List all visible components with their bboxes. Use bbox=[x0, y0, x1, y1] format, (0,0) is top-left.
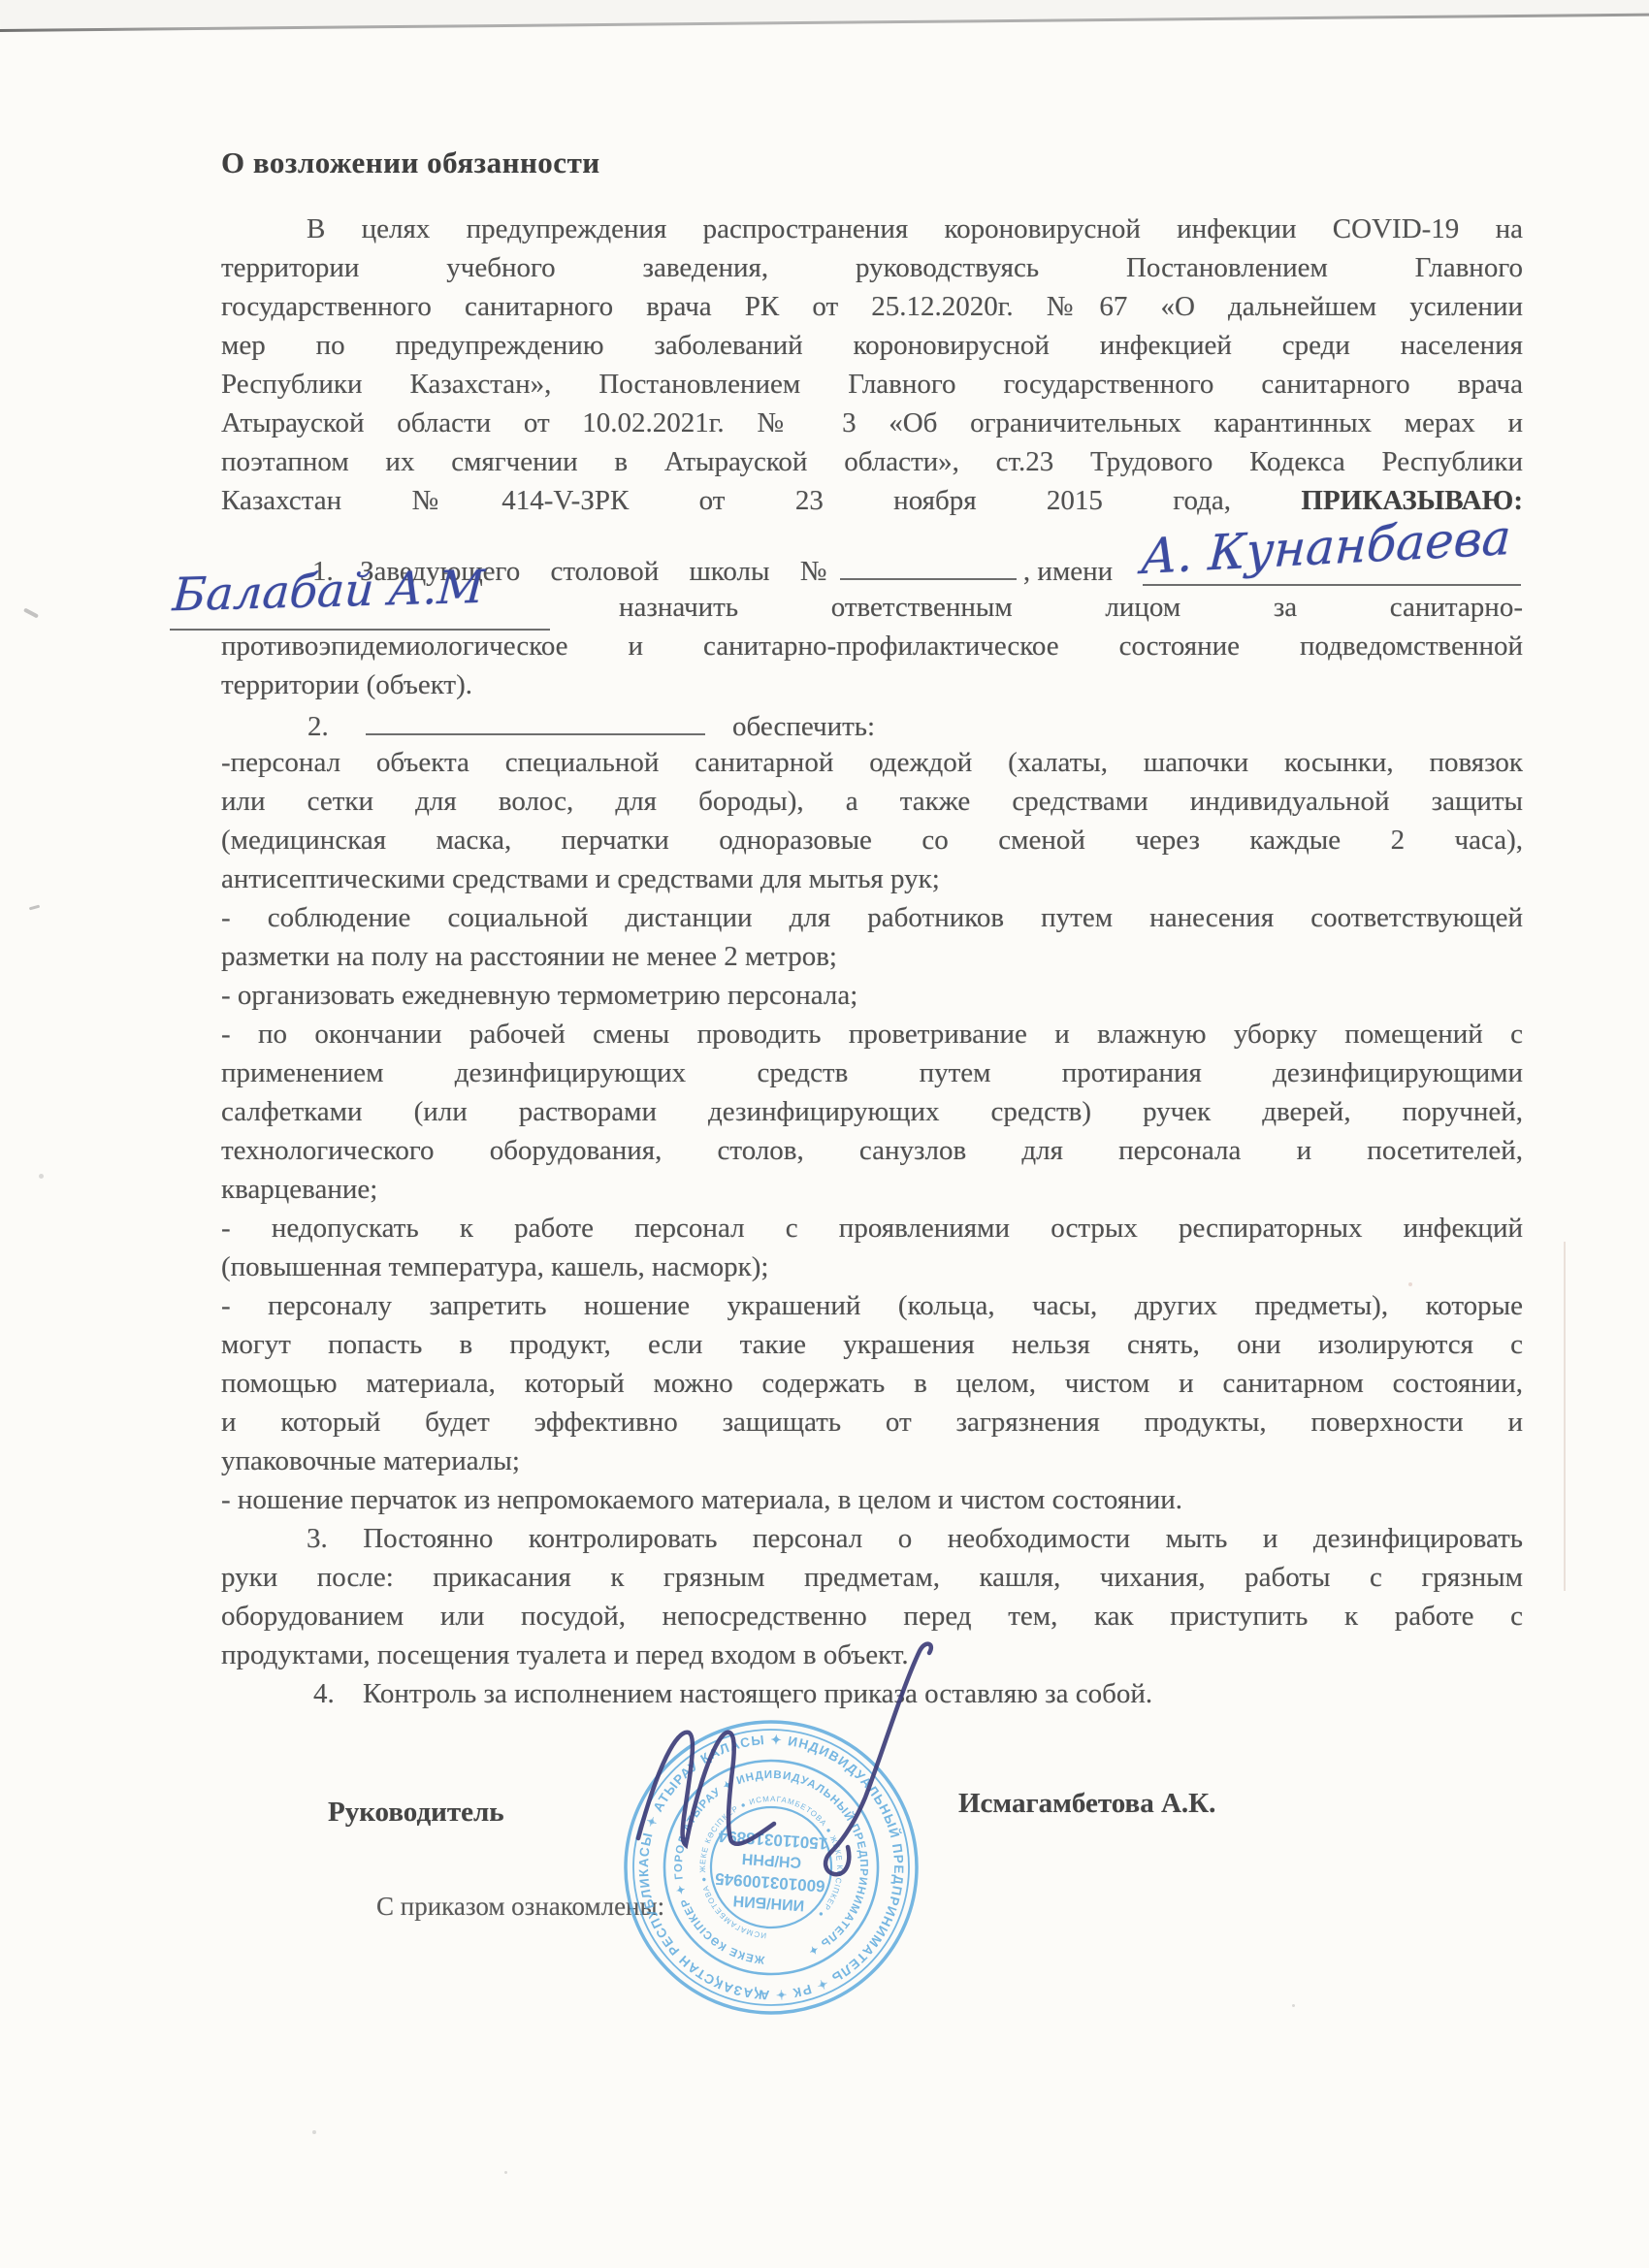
bullet-line: антисептическими средствами и средствами… bbox=[221, 859, 1523, 898]
bullet-line: - персоналу запретить ношение украшений … bbox=[221, 1286, 1523, 1325]
item1-word: назначить bbox=[619, 588, 738, 627]
item3-line: руки после: прикасания к грязным предмет… bbox=[221, 1558, 1523, 1597]
scanned-order-document: О возложении обязанности В целях предупр… bbox=[0, 0, 1649, 2268]
bullet-line: - организовать ежедневную термометрию пе… bbox=[221, 976, 1523, 1015]
blank-underline bbox=[840, 549, 1017, 580]
item1-line4: территории (объект). bbox=[221, 665, 1523, 704]
bullet-line: - ношение перчаток из непромокаемого мат… bbox=[221, 1480, 1523, 1519]
bullet-line: -персонал объекта специальной санитарной… bbox=[221, 743, 1523, 782]
item-number: 2. bbox=[307, 707, 366, 746]
item1-word: за bbox=[1274, 588, 1297, 627]
item1-line3: противоэпидемиологическое и санитарно-пр… bbox=[221, 627, 1523, 665]
handwritten-underline bbox=[1143, 584, 1521, 586]
item2-line: 2. обеспечить: bbox=[221, 704, 1523, 743]
handwritten-person-name: Балабай А.М bbox=[172, 568, 485, 615]
bullet-line: салфетками (или растворами дезинфицирующ… bbox=[221, 1092, 1523, 1131]
document-body: О возложении обязанности В целях предупр… bbox=[221, 146, 1523, 1713]
blank-underline bbox=[366, 704, 705, 735]
bullet-line: могут попасть в продукт, если такие укра… bbox=[221, 1325, 1523, 1364]
paragraph-line: В целях предупреждения распространения к… bbox=[221, 210, 1523, 248]
bullet-line: (медицинская маска, перчатки одноразовые… bbox=[221, 821, 1523, 859]
item1-comma-imeni: , имени bbox=[1023, 556, 1113, 587]
paragraph-line: мер по предупреждению заболеваний короно… bbox=[221, 326, 1523, 365]
item1-line2: Балабай А.М назначить ответственным лицо… bbox=[221, 588, 1523, 627]
bullet-line: - соблюдение социальной дистанции для ра… bbox=[221, 898, 1523, 937]
scan-mark bbox=[23, 607, 39, 618]
paragraph-text: Казахстан №414-V-ЗРК от 23 ноября 2015 г… bbox=[221, 485, 1301, 516]
paragraph-line: Атырауской области от 10.02.2021г. № 3 «… bbox=[221, 404, 1523, 442]
bullet-line: разметки на полу на расстоянии не менее … bbox=[221, 937, 1523, 976]
bullet-line: применением дезинфицирующих средств путе… bbox=[221, 1053, 1523, 1092]
scan-edge-background bbox=[0, 0, 1649, 29]
item1-word: лицом bbox=[1105, 588, 1180, 627]
paragraph-line: территории учебного заведения, руководст… bbox=[221, 248, 1523, 287]
paper-fold-shadow bbox=[1564, 1242, 1566, 1591]
handwritten-school-name: А. Кунанбаева bbox=[1140, 518, 1511, 576]
handwritten-underline bbox=[170, 629, 550, 631]
paragraph-line: Республики Казахстан», Постановлением Гл… bbox=[221, 365, 1523, 404]
paragraph-line: государственного санитарного врача РК от… bbox=[221, 287, 1523, 326]
bullet-line: (повышенная температура, кашель, насморк… bbox=[221, 1247, 1523, 1286]
item-number: 4. bbox=[313, 1678, 335, 1709]
bullet-line: - недопускать к работе персонал с проявл… bbox=[221, 1209, 1523, 1247]
bullet-line: помощью материала, который можно содержа… bbox=[221, 1364, 1523, 1403]
signature-ink bbox=[543, 1637, 960, 1909]
signature-name: Исмагамбетова А.К. bbox=[958, 1788, 1215, 1820]
item3-line: 3. Постоянно контролировать персонал о н… bbox=[221, 1519, 1523, 1558]
item1-word: санитарно- bbox=[1390, 588, 1523, 627]
signature-role: Руководитель bbox=[328, 1797, 504, 1829]
bullet-line: упаковочные материалы; bbox=[221, 1442, 1523, 1480]
document-title: О возложении обязанности bbox=[221, 146, 1523, 210]
item1-word: ответственным bbox=[831, 588, 1013, 627]
item2-label: обеспечить: bbox=[732, 707, 875, 746]
bullet-line: или сетки для волос, для бороды), а такж… bbox=[221, 782, 1523, 821]
scan-mark bbox=[29, 905, 40, 911]
bullet-line: кварцевание; bbox=[221, 1170, 1523, 1209]
bullet-line: технологического оборудования, столов, с… bbox=[221, 1131, 1523, 1170]
paragraph-line: Казахстан №414-V-ЗРК от 23 ноября 2015 г… bbox=[221, 481, 1523, 520]
scan-mark bbox=[39, 1174, 44, 1179]
item3-line: оборудованием или посудой, непосредствен… bbox=[221, 1597, 1523, 1636]
bullet-line: - по окончании рабочей смены проводить п… bbox=[221, 1015, 1523, 1053]
paragraph-line: поэтапном их смягчении в Атырауской обла… bbox=[221, 442, 1523, 481]
bullet-line: и который будет эффективно защищать от з… bbox=[221, 1403, 1523, 1442]
